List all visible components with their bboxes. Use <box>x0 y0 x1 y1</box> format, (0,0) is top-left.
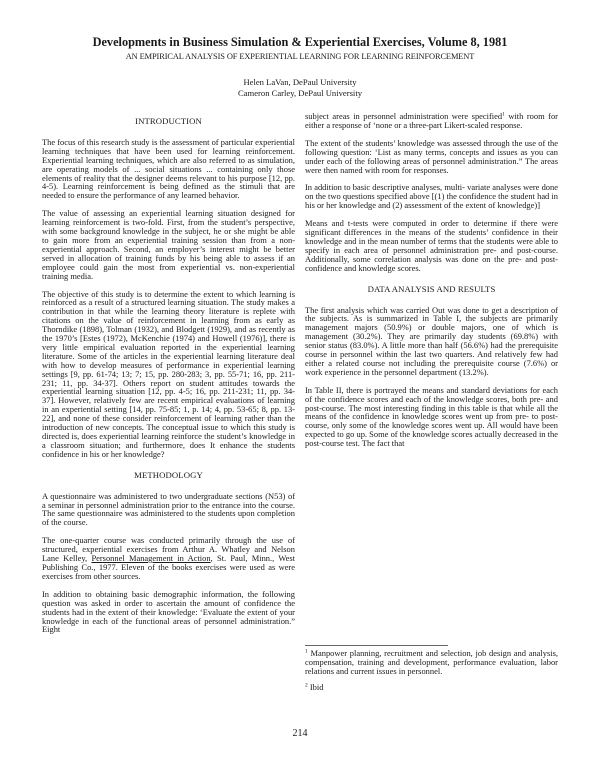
methodology-paragraph-4: The extent of the students’ knowledge wa… <box>305 139 558 175</box>
section-heading-methodology: METHODOLOGY <box>42 471 295 480</box>
methodology-paragraph-1: A questionnaire was administered to two … <box>42 492 295 528</box>
footnote-1: 1 Manpower planning, recruitment and sel… <box>305 649 558 676</box>
author-1: Helen LaVan, DePaul University <box>0 77 600 88</box>
results-paragraph-1: The first analysis which was carried Out… <box>305 306 558 377</box>
footnote-text-2: Ibid <box>308 682 324 692</box>
page-number: 214 <box>0 728 600 739</box>
section-heading-results: DATA ANALYSIS AND RESULTS <box>305 285 558 294</box>
methodology-paragraph-2: The one-quarter course was conducted pri… <box>42 536 295 581</box>
intro-paragraph-3: The objective of this study is to determ… <box>42 290 295 459</box>
methodology-paragraph-3: In addition to obtaining basic demograph… <box>42 590 295 635</box>
paper-title: AN EMPIRICAL ANALYSIS OF EXPERIENTIAL LE… <box>0 52 600 61</box>
methodology-paragraph-5: In addition to basic descriptive analyse… <box>305 183 558 210</box>
footnote-2: 2 Ibid <box>305 683 558 692</box>
right-column: subject areas in personnel administratio… <box>305 112 558 457</box>
results-paragraph-2: In Table II, there is portrayed the mean… <box>305 386 558 448</box>
author-block: Helen LaVan, DePaul University Cameron C… <box>0 77 600 99</box>
intro-paragraph-2: The value of assessing an experiential l… <box>42 209 295 280</box>
left-column: INTRODUCTION The focus of this research … <box>42 117 295 643</box>
footnote-text-1: Manpower planning, recruitment and selec… <box>305 648 558 676</box>
author-2: Cameron Carley, DePaul University <box>0 88 600 99</box>
footnotes: 1 Manpower planning, recruitment and sel… <box>305 649 558 699</box>
journal-header: Developments in Business Simulation & Ex… <box>0 35 600 50</box>
methodology-paragraph-6: Means and t-tests were computed in order… <box>305 219 558 272</box>
intro-paragraph-1: The focus of this research study is the … <box>42 138 295 200</box>
continued-paragraph: subject areas in personnel administratio… <box>305 112 558 130</box>
footnote-divider <box>305 645 448 646</box>
section-heading-introduction: INTRODUCTION <box>42 117 295 126</box>
